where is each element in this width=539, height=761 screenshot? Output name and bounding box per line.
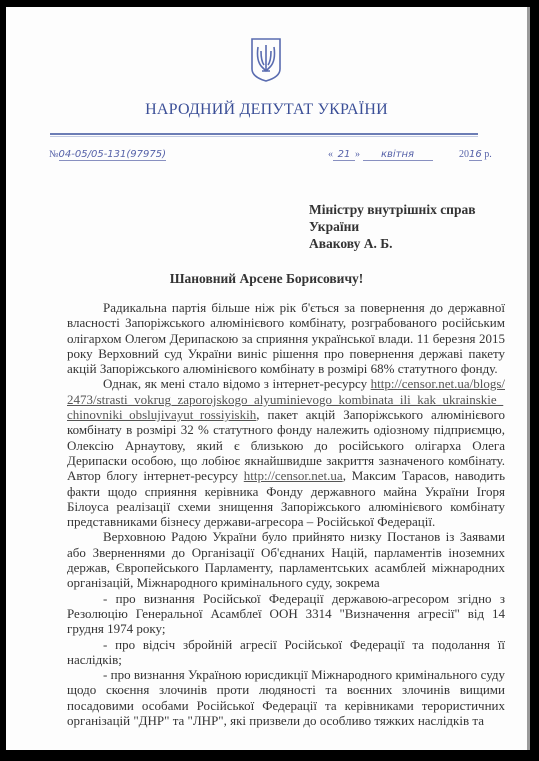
paragraph: Однак, як мені стало відомо з інтернет-р…: [67, 376, 505, 529]
header-divider: [50, 133, 478, 135]
addressee-title: Міністру внутрішніх справ України: [309, 201, 527, 235]
source-site-link[interactable]: http://censor.net.ua: [244, 468, 343, 483]
date-month: квітня: [363, 149, 433, 161]
letter-page: НАРОДНИЙ ДЕПУТАТ УКРАЇНИ №04-05/05-131(9…: [6, 7, 530, 750]
paragraph: Радикальна партія більше ніж рік б'ється…: [67, 300, 505, 376]
date-year: 16: [469, 149, 482, 161]
list-item: - про відсіч збройній агресії Російської…: [67, 637, 505, 668]
date-day: 21: [333, 149, 355, 161]
salutation: Шановний Арсене Борисовичу!: [6, 271, 527, 287]
letter-body: Радикальна партія більше ніж рік б'ється…: [67, 300, 505, 728]
list-item: - про визнання Російської Федерації держ…: [67, 591, 505, 637]
list-item: - про визнання Україною юрисдикції Міжна…: [67, 667, 505, 728]
ukraine-trident-icon: [250, 37, 282, 83]
registration-number-value: 04-05/05-131(97975): [59, 149, 166, 161]
letter-date: «21» квітня 2016 р.: [328, 149, 492, 161]
header-divider-thin: [50, 136, 478, 137]
letterhead-title: НАРОДНИЙ ДЕПУТАТ УКРАЇНИ: [6, 101, 527, 119]
addressee-name: Авакову А. Б.: [309, 235, 527, 252]
paragraph: Верховною Радою України було прийнято ни…: [67, 529, 505, 590]
registration-number: №04-05/05-131(97975): [49, 149, 166, 160]
addressee: Міністру внутрішніх справ України Аваков…: [309, 201, 527, 252]
